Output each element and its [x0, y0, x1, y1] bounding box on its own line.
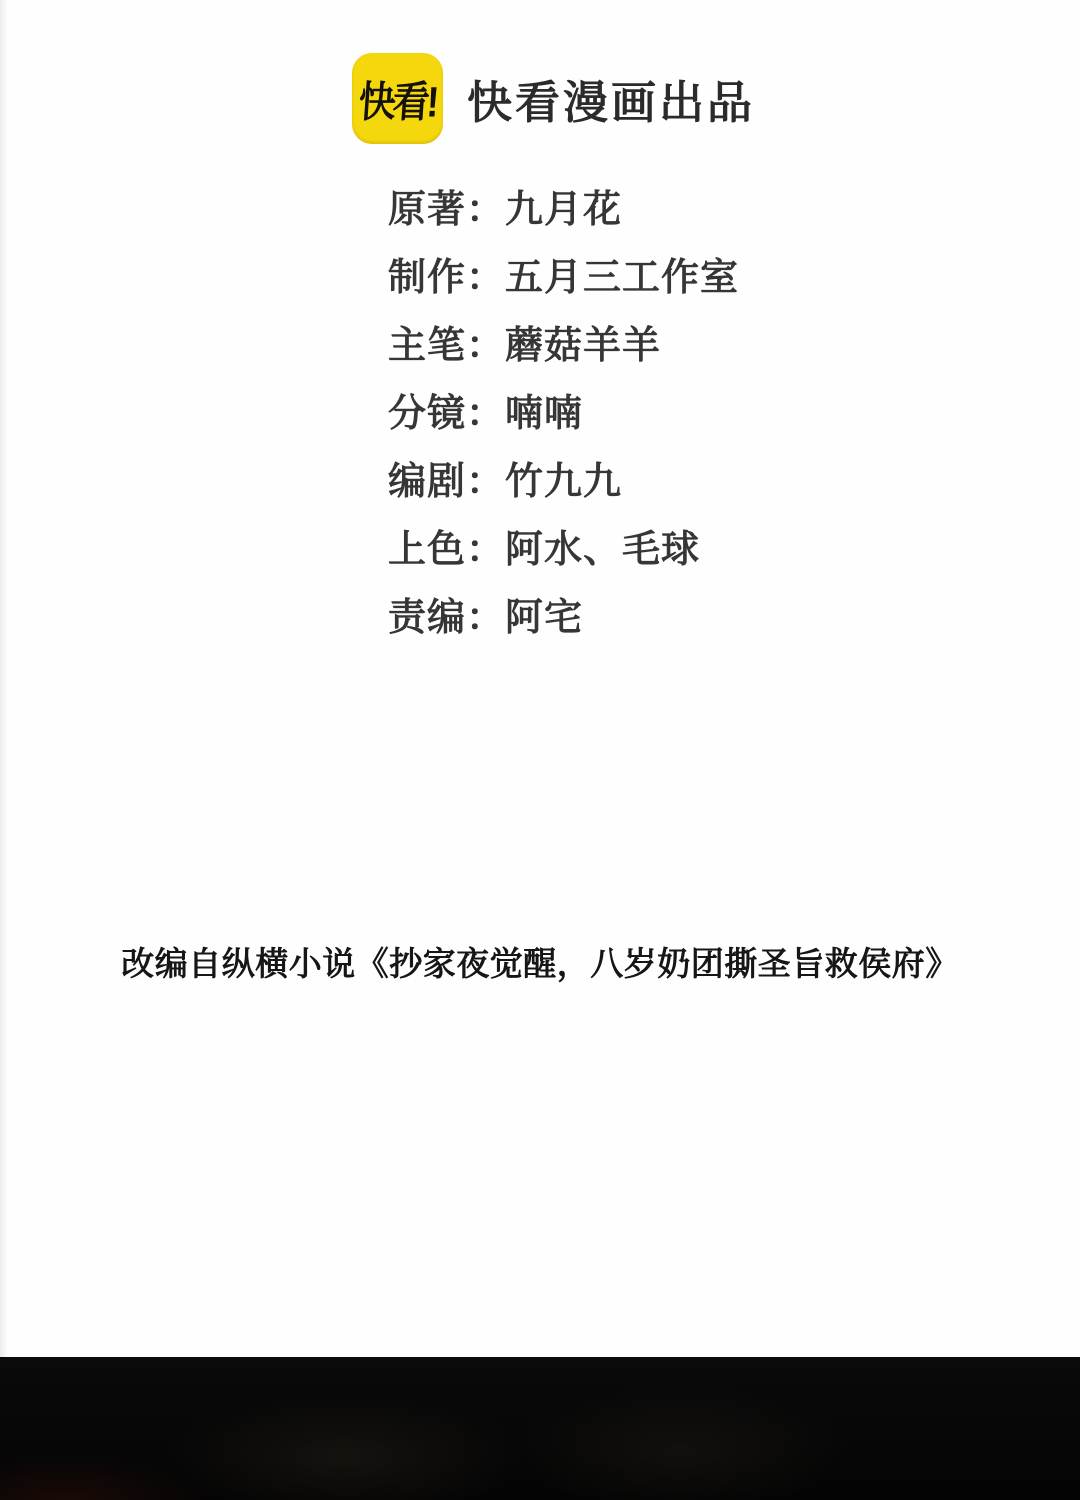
credit-role: 分镜 — [388, 382, 466, 437]
credit-name: 五月三工作室 — [505, 246, 739, 301]
credit-separator: ： — [466, 586, 505, 641]
publisher-title: 快看漫画出品 — [467, 66, 755, 131]
credits-list: 原著：九月花 制作：五月三工作室 主笔：蘑菇羊羊 分镜：喃喃 编剧：竹九九 上色… — [388, 171, 739, 647]
credit-name: 喃喃 — [505, 382, 583, 437]
credit-role: 原著 — [388, 178, 466, 233]
left-edge-strip — [0, 0, 7, 1357]
credit-separator: ： — [466, 314, 505, 369]
credit-row-coloring: 上色：阿水、毛球 — [388, 511, 739, 579]
credit-name: 阿水、毛球 — [505, 518, 700, 573]
credit-role: 责编 — [388, 586, 466, 641]
credit-role: 主笔 — [388, 314, 466, 369]
credit-name: 阿宅 — [505, 586, 583, 641]
credit-row-screenwriter: 编剧：竹九九 — [388, 443, 739, 511]
credit-separator: ： — [466, 450, 505, 505]
credit-role: 制作 — [388, 246, 466, 301]
credit-name: 竹九九 — [505, 450, 622, 505]
publisher-header: 快看! 快看漫画出品 — [352, 52, 755, 144]
credit-separator: ： — [466, 382, 505, 437]
credit-role: 上色 — [388, 518, 466, 573]
credit-row-production: 制作：五月三工作室 — [388, 239, 739, 307]
comic-credits-page: 快看! 快看漫画出品 原著：九月花 制作：五月三工作室 主笔：蘑菇羊羊 分镜：喃… — [0, 0, 1080, 1500]
credit-name: 九月花 — [505, 178, 622, 233]
credit-role: 编剧 — [388, 450, 466, 505]
adaptation-source-note: 改编自纵横小说《抄家夜觉醒，八岁奶团撕圣旨救侯府》 — [0, 938, 1080, 985]
credit-row-original-author: 原著：九月花 — [388, 171, 739, 239]
credit-row-editor: 责编：阿宅 — [388, 579, 739, 647]
credit-row-lead-artist: 主笔：蘑菇羊羊 — [388, 307, 739, 375]
credit-separator: ： — [466, 246, 505, 301]
credit-separator: ： — [466, 178, 505, 233]
kuaikan-logo-icon: 快看! — [352, 53, 443, 144]
kuaikan-logo-text: 快看! — [357, 67, 439, 129]
dark-comic-panel — [0, 1357, 1080, 1500]
credit-row-storyboard: 分镜：喃喃 — [388, 375, 739, 443]
credit-name: 蘑菇羊羊 — [505, 314, 661, 369]
credit-separator: ： — [466, 518, 505, 573]
